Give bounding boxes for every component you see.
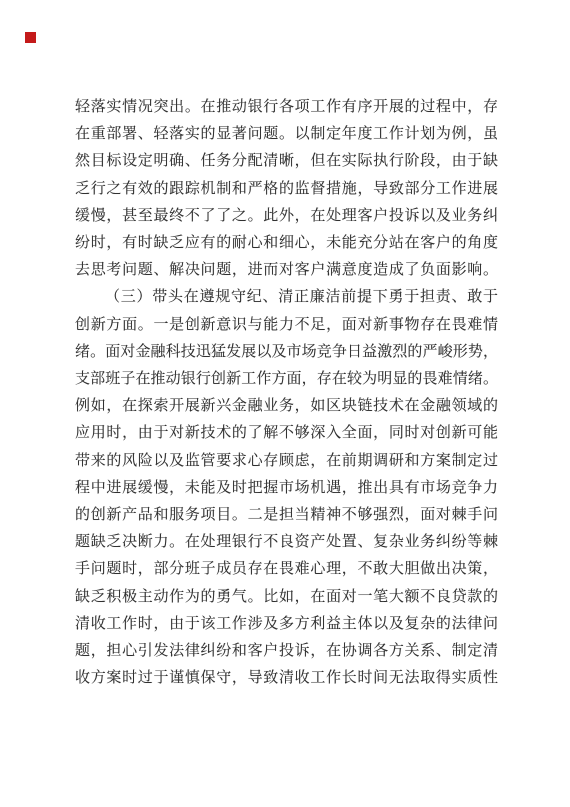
text-line: 轻落实情况突出。在推动银行各项工作有序开展的过程中，存 — [75, 94, 498, 121]
text-line: 带来的风险以及监管要求心存顾虑，在前期调研和方案制定过 — [75, 448, 498, 475]
text-line: 应用时，由于对新技术的了解不够深入全面，同时对创新可能 — [75, 420, 498, 447]
text-line: 乏行之有效的跟踪机制和严格的监督措施，导致部分工作进展 — [75, 176, 498, 203]
text-line: 手问题时，部分班子成员存在畏难心理，不敢大胆做出决策， — [75, 556, 498, 583]
text-line: 缺乏积极主动作为的勇气。比如，在面对一笔大额不良贷款的 — [75, 584, 498, 611]
text-line: 然目标设定明确、任务分配清晰，但在实际执行阶段，由于缺 — [75, 148, 498, 175]
text-line: 清收工作时，由于该工作涉及多方利益主体以及复杂的法律问 — [75, 611, 498, 638]
document-page: 轻落实情况突出。在推动银行各项工作有序开展的过程中，存 在重部署、轻落实的显著问… — [0, 0, 570, 807]
text-line: 题，担心引发法律纠纷和客户投诉，在协调各方关系、制定清 — [75, 638, 498, 665]
text-line: 程中进展缓慢，未能及时把握市场机遇，推出具有市场竞争力 — [75, 475, 498, 502]
text-line: 在重部署、轻落实的显著问题。以制定年度工作计划为例，虽 — [75, 121, 498, 148]
text-line: 去思考问题、解决问题，进而对客户满意度造成了负面影响。 — [75, 257, 498, 284]
text-line: 绪。面对金融科技迅猛发展以及市场竞争日益激烈的严峻形势， — [75, 339, 498, 366]
text-line: 创新方面。一是创新意识与能力不足，面对新事物存在畏难情 — [75, 312, 498, 339]
document-body: 轻落实情况突出。在推动银行各项工作有序开展的过程中，存 在重部署、轻落实的显著问… — [75, 94, 498, 692]
text-line: 收方案时过于谨慎保守，导致清收工作长时间无法取得实质性 — [75, 665, 498, 692]
text-line: 支部班子在推动银行创新工作方面，存在较为明显的畏难情绪。 — [75, 366, 498, 393]
red-square-marker — [25, 32, 36, 43]
text-line: 缓慢，甚至最终不了了之。此外，在处理客户投诉以及业务纠 — [75, 203, 498, 230]
text-line-paragraph-start: （三）带头在遵规守纪、清正廉洁前提下勇于担责、敢于 — [75, 284, 498, 311]
text-line: 题缺乏决断力。在处理银行不良资产处置、复杂业务纠纷等棘 — [75, 529, 498, 556]
text-line: 的创新产品和服务项目。二是担当精神不够强烈，面对棘手问 — [75, 502, 498, 529]
text-line: 纷时，有时缺乏应有的耐心和细心，未能充分站在客户的角度 — [75, 230, 498, 257]
text-line: 例如，在探索开展新兴金融业务，如区块链技术在金融领域的 — [75, 393, 498, 420]
